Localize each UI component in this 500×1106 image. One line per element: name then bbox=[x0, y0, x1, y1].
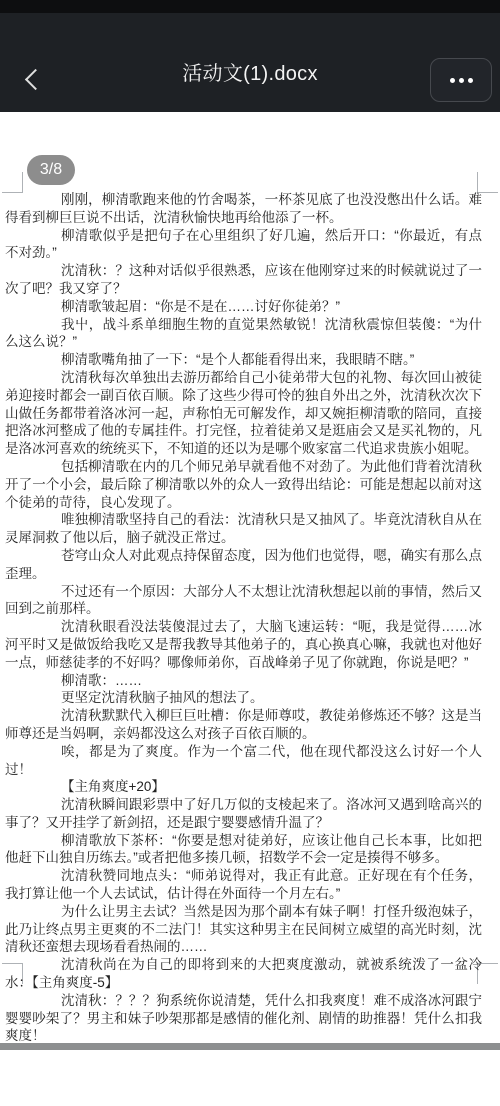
paragraph: 包括柳清歌在内的几个师兄弟早就看他不对劲了。为此他们背着沈清秋开了一个小会，最后… bbox=[5, 458, 482, 511]
page-corner-mark-top-right bbox=[477, 172, 498, 193]
paragraph: 刚刚，柳清歌跑来他的竹舍喝茶，一杯茶见底了也没没憋出什么话。难得看到柳巨巨说不出… bbox=[5, 191, 482, 227]
paragraph: 柳清歌放下茶杯：“你要是想对徒弟好，应该让他自己长本事，比如把他赶下山独自历练去… bbox=[5, 832, 482, 868]
paragraph: 沈清秋赞同地点头：“师弟说得对，我正有此意。正好现在有个任务，我打算让他一个人去… bbox=[5, 867, 482, 903]
paragraph: 唯独柳清歌坚持自己的看法：沈清秋只是又抽风了。毕竟沈清秋自从在灵犀洞救了他以后，… bbox=[5, 511, 482, 547]
paragraph: 沈清秋瞬间跟彩票中了好几万似的支棱起来了。洛冰河又遇到啥高兴的事了？又开挂学了新… bbox=[5, 796, 482, 832]
ellipsis-icon bbox=[450, 78, 473, 83]
paragraph: 更坚定沈清秋脑子抽风的想法了。 bbox=[5, 689, 482, 707]
paragraph: 沈清秋：？？？狗系统你说清楚，凭什么扣我爽度！难不成洛冰河跟宁婴婴吵架了？男主和… bbox=[5, 992, 482, 1045]
paragraph: 沈清秋眼看没法装傻混过去了，大脑飞速运转：“呃，我是觉得……冰河平时又是做饭给我… bbox=[5, 618, 482, 671]
paragraph: 柳清歌似乎是把句子在心里组织了好几遍，然后开口：“你最近，有点不对劲。” bbox=[5, 227, 482, 263]
paragraph: 沈清秋尚在为自己的即将到来的大把爽度激动，就被系统泼了一盆冷水：【主角爽度-5】 bbox=[5, 956, 482, 992]
app-header: 活动文(1).docx bbox=[0, 0, 500, 112]
document-page: 3/8 刚刚，柳清歌跑来他的竹舍喝茶，一杯茶见底了也没没憋出什么话。难得看到柳巨… bbox=[0, 112, 500, 1043]
paragraph: 柳清歌嘴角抽了一下：“是个人都能看得出来，我眼睛不瞎。” bbox=[5, 351, 482, 369]
paragraph: 沈清秋：？这种对话似乎很熟悉，应该在他刚穿过来的时候就说过了一次了吧？我又穿了？ bbox=[5, 262, 482, 298]
paragraph: 柳清歌皱起眉：“你是不是在……讨好你徒弟？” bbox=[5, 298, 482, 316]
paragraph: 柳清歌：…… bbox=[5, 672, 482, 690]
back-button[interactable] bbox=[18, 58, 62, 102]
document-text: 刚刚，柳清歌跑来他的竹舍喝茶，一杯茶见底了也没没憋出什么话。难得看到柳巨巨说不出… bbox=[5, 191, 482, 1045]
paragraph: 不过还有一个原因：大部分人不太想让沈清秋想起以前的事情，然后又回到之前那样。 bbox=[5, 583, 482, 619]
paragraph: 唉，都是为了爽度。作为一个富二代，他在现代都没这么讨好一个人过！ bbox=[5, 743, 482, 779]
chevron-left-icon bbox=[25, 69, 46, 90]
paragraph: 沈清秋默默代入柳巨巨吐槽：你是师尊哎，教徒弟修炼还不够？这是当师尊还是当妈啊，亲… bbox=[5, 707, 482, 743]
document-title: 活动文(1).docx bbox=[80, 0, 420, 112]
paragraph: 苍穹山众人对此观点持保留态度，因为他们也觉得，嗯，确实有那么点歪理。 bbox=[5, 547, 482, 583]
page-corner-mark-top-left bbox=[2, 172, 23, 193]
next-page-top bbox=[0, 1050, 500, 1106]
paragraph: 为什么让男主去试？当然是因为那个副本有妹子啊！打怪升级泡妹子，此乃让终点男主更爽… bbox=[5, 903, 482, 956]
page-separator bbox=[0, 1043, 500, 1050]
docx-viewer-screen: 活动文(1).docx 3/8 刚刚，柳清歌跑来他的竹舍喝茶，一杯茶见底了也没没… bbox=[0, 0, 500, 1106]
page-indicator-badge: 3/8 bbox=[27, 155, 75, 185]
more-options-button[interactable] bbox=[430, 58, 492, 102]
paragraph: 我屮，战斗系单细胞生物的直觉果然敏锐！沈清秋震惊但装傻：“为什么这么说？” bbox=[5, 316, 482, 352]
paragraph: 沈清秋每次单独出去游历都给自己小徒弟带大包的礼物、每次回山被徒弟迎接时都会一副百… bbox=[5, 369, 482, 458]
paragraph: 【主角爽度+20】 bbox=[5, 778, 482, 796]
